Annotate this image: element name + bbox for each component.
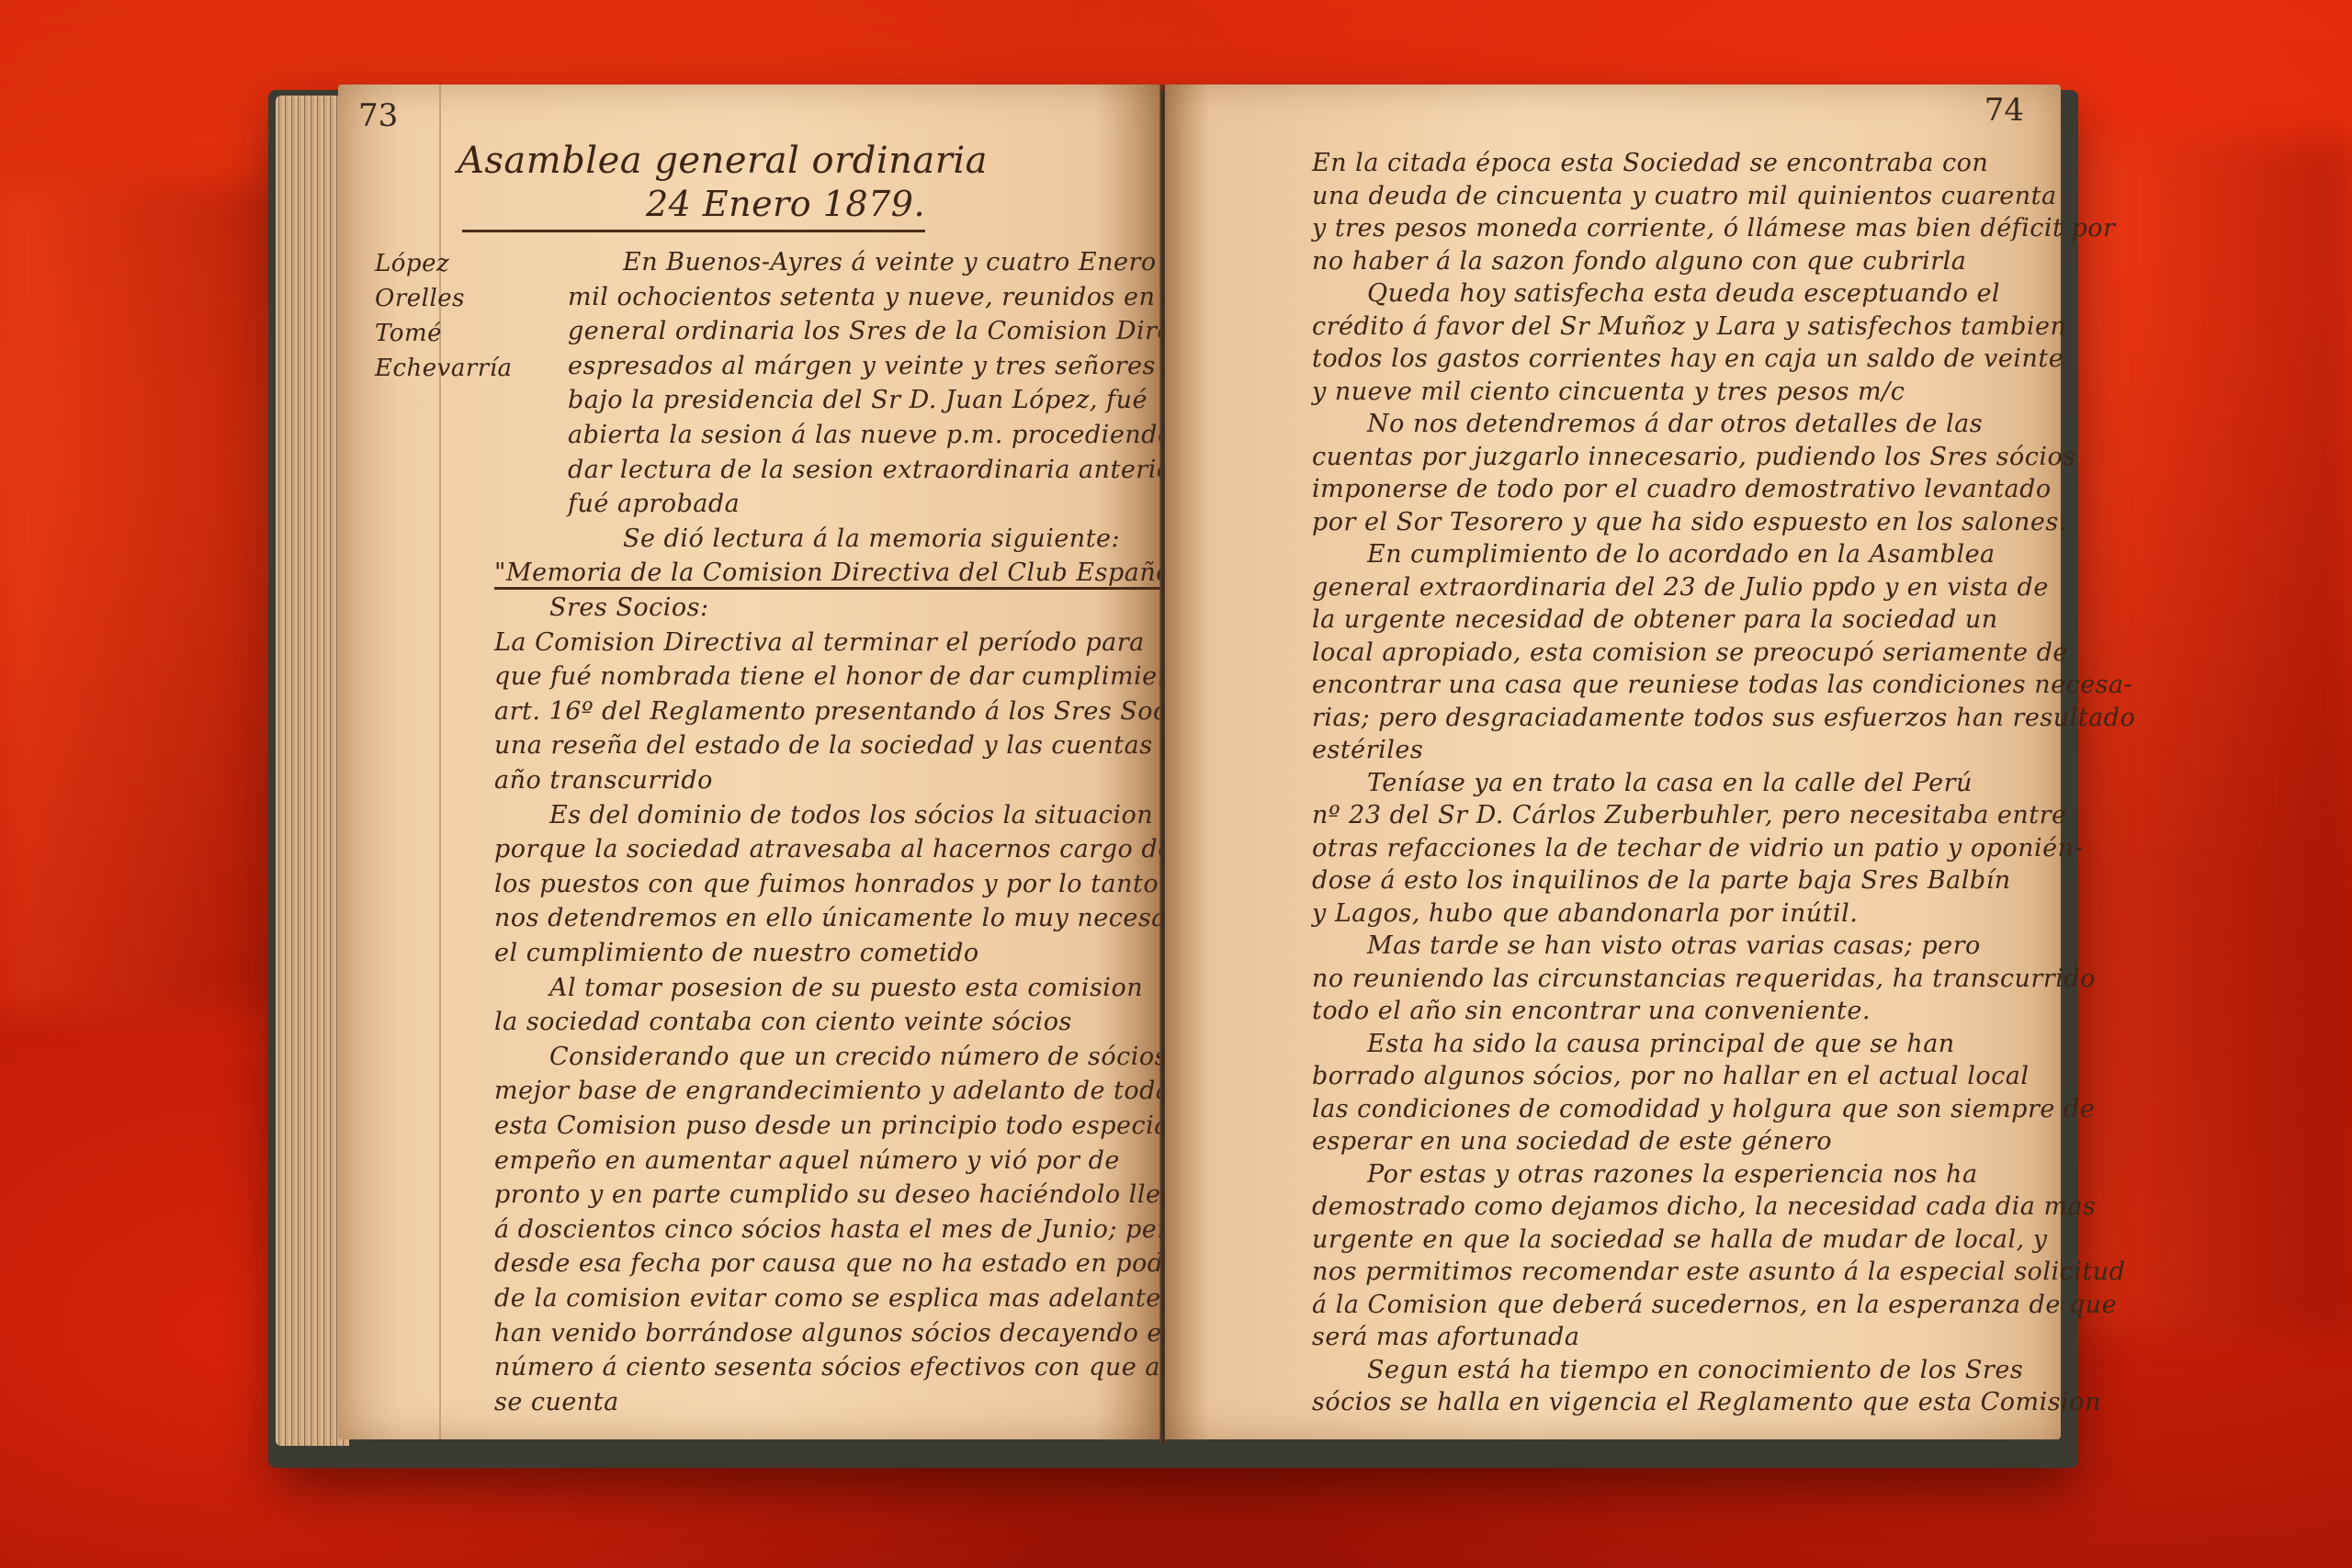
right-page: 74 En la citada época esta Sociedad se e…: [1165, 85, 2061, 1439]
handwritten-line: y nueve mil ciento cincuenta y tres peso…: [1312, 378, 1905, 406]
handwritten-line: fué aprobada: [568, 490, 740, 518]
handwritten-line: estériles: [1312, 736, 1423, 764]
handwritten-line: año transcurrido: [494, 766, 713, 795]
handwritten-line: y tres pesos moneda corriente, ó llámese…: [1312, 214, 2115, 243]
handwritten-line: desde esa fecha por causa que no ha esta…: [494, 1249, 1191, 1278]
handwritten-line: cuentas por juzgarlo innecesario, pudien…: [1312, 443, 2076, 471]
handwritten-line: no haber á la sazon fondo alguno con que…: [1312, 247, 1966, 276]
margin-name: Tomé: [375, 320, 442, 347]
margin-name: Echevarría: [375, 355, 513, 382]
margin-name: Orelles: [375, 285, 465, 312]
handwritten-line: dose á esto los inquilinos de la parte b…: [1312, 866, 2011, 895]
handwritten-line: otras refacciones la de techar de vidrio…: [1312, 834, 2083, 863]
handwritten-line: "Memoria de la Comision Directiva del Cl…: [494, 558, 1192, 590]
handwritten-line: nº 23 del Sr D. Cárlos Zuberbuhler, pero…: [1312, 801, 2067, 829]
handwritten-line: En cumplimiento de lo acordado en la Asa…: [1367, 540, 1996, 569]
handwritten-line: Considerando que un crecido número de só…: [549, 1043, 1237, 1071]
handwritten-line: pronto y en parte cumplido su deseo haci…: [494, 1180, 1204, 1209]
handwritten-line: y Lagos, hubo que abandonarla por inútil…: [1312, 899, 1858, 928]
handwritten-line: rias; pero desgraciadamente todos sus es…: [1312, 704, 2135, 732]
handwritten-line: crédito á favor del Sr Muñoz y Lara y sa…: [1312, 312, 2066, 341]
handwritten-line: no reuniendo las circunstancias requerid…: [1312, 964, 2096, 993]
handwritten-line: La Comision Directiva al terminar el per…: [494, 628, 1145, 657]
handwritten-line: general extraordinaria del 23 de Julio p…: [1312, 573, 2049, 602]
handwritten-line: art. 16º del Reglamento presentando á lo…: [494, 697, 1204, 726]
handwritten-line: el cumplimiento de nuestro cometido: [494, 939, 979, 967]
handwritten-line: dar lectura de la sesion extraordinaria …: [568, 456, 1207, 484]
handwritten-line: En la citada época esta Sociedad se enco…: [1312, 149, 1988, 177]
handwritten-line: Mas tarde se han visto otras varias casa…: [1367, 931, 1981, 960]
handwritten-line: sócios se halla en vigencia el Reglament…: [1312, 1388, 2101, 1416]
handwritten-line: todos los gastos corrientes hay en caja …: [1312, 344, 2064, 373]
handwritten-line: esperar en una sociedad de este género: [1312, 1127, 1832, 1156]
handwritten-line: nos detendremos en ello únicamente lo mu…: [494, 904, 1271, 932]
fabric-fold: [0, 184, 276, 1010]
handwritten-line: han venido borrándose algunos sócios dec…: [494, 1319, 1170, 1348]
fabric-fold: [2067, 138, 2352, 1332]
handwritten-line: á la Comision que deberá sucedernos, en …: [1312, 1291, 2117, 1319]
handwritten-line: Se dió lectura á la memoria siguiente:: [623, 525, 1120, 553]
handwritten-line: las condiciones de comodidad y holgura q…: [1312, 1095, 2095, 1123]
entry-date: 24 Enero 1879.: [462, 184, 925, 232]
handwritten-line: esta Comision puso desde un principio to…: [494, 1111, 1178, 1140]
handwritten-line: general ordinaria los Sres de la Comisio…: [568, 317, 1235, 345]
handwritten-line: Por estas y otras razones la esperiencia…: [1367, 1160, 1978, 1189]
page-number: 74: [1984, 92, 2024, 129]
handwritten-line: una reseña del estado de la sociedad y l…: [494, 731, 1201, 760]
handwritten-line: por el Sor Tesorero y que ha sido espues…: [1312, 508, 2067, 536]
handwritten-line: Es del dominio de todos los sócios la si…: [549, 801, 1153, 829]
handwritten-line: bajo la presidencia del Sr D. Juan López…: [568, 386, 1148, 414]
handwritten-line: borrado algunos sócios, por no hallar en…: [1312, 1062, 2029, 1090]
handwritten-line: los puestos con que fuimos honrados y po…: [494, 870, 1159, 898]
handwritten-line: se cuenta: [494, 1388, 619, 1416]
handwritten-line: urgente en que la sociedad se halla de m…: [1312, 1225, 2048, 1254]
handwritten-line: de la comision evitar como se esplica ma…: [494, 1284, 1170, 1313]
handwritten-line: la sociedad contaba con ciento veinte só…: [494, 1008, 1072, 1036]
handwritten-line: la urgente necesidad de obtener para la …: [1312, 605, 1998, 634]
entry-title: Asamblea general ordinaria: [458, 140, 988, 182]
handwritten-line: demostrado como dejamos dicho, la necesi…: [1312, 1192, 2097, 1221]
handwritten-line: Teníase ya en trato la casa en la calle …: [1367, 769, 1973, 797]
handwritten-line: á doscientos cinco sócios hasta el mes d…: [494, 1215, 1184, 1244]
handwritten-line: todo el año sin encontrar una convenient…: [1312, 997, 1871, 1025]
handwritten-line: abierta la sesion á las nueve p.m. proce…: [568, 421, 1196, 449]
handwritten-line: empeño en aumentar aquel número y vió po…: [494, 1146, 1120, 1175]
handwritten-line: espresados al márgen y veinte y tres señ…: [568, 352, 1252, 380]
handwritten-line: encontrar una casa que reuniese todas la…: [1312, 671, 2132, 699]
handwritten-line: imponerse de todo por el cuadro demostra…: [1312, 475, 2052, 503]
left-page: 73 Asamblea general ordinaria 24 Enero 1…: [338, 85, 1160, 1439]
handwritten-line: nos permitimos recomendar este asunto á …: [1312, 1258, 2125, 1286]
handwritten-line: local apropiado, esta comision se preocu…: [1312, 638, 2068, 667]
handwritten-line: En Buenos-Ayres á veinte y cuatro Enero: [623, 248, 1157, 276]
handwritten-line: No nos detendremos á dar otros detalles …: [1367, 410, 1983, 438]
handwritten-line: será mas afortunada: [1312, 1323, 1579, 1351]
handwritten-line: una deuda de cincuenta y cuatro mil quin…: [1312, 182, 2057, 210]
margin-name: López: [375, 250, 449, 277]
handwritten-line: número á ciento sesenta sócios efectivos…: [494, 1353, 1220, 1382]
handwritten-line: Esta ha sido la causa principal de que s…: [1367, 1030, 1955, 1058]
handwritten-line: porque la sociedad atravesaba al hacerno…: [494, 835, 1173, 863]
handwritten-line: que fué nombrada tiene el honor de dar c…: [494, 662, 1231, 691]
handwritten-line: Al tomar posesion de su puesto esta comi…: [549, 974, 1143, 1002]
handwritten-line: Sres Socios:: [549, 593, 709, 622]
handwritten-line: Segun está ha tiempo en conocimiento de …: [1367, 1356, 2023, 1384]
page-number: 73: [358, 97, 398, 134]
handwritten-line: Queda hoy satisfecha esta deuda esceptua…: [1367, 279, 2000, 308]
